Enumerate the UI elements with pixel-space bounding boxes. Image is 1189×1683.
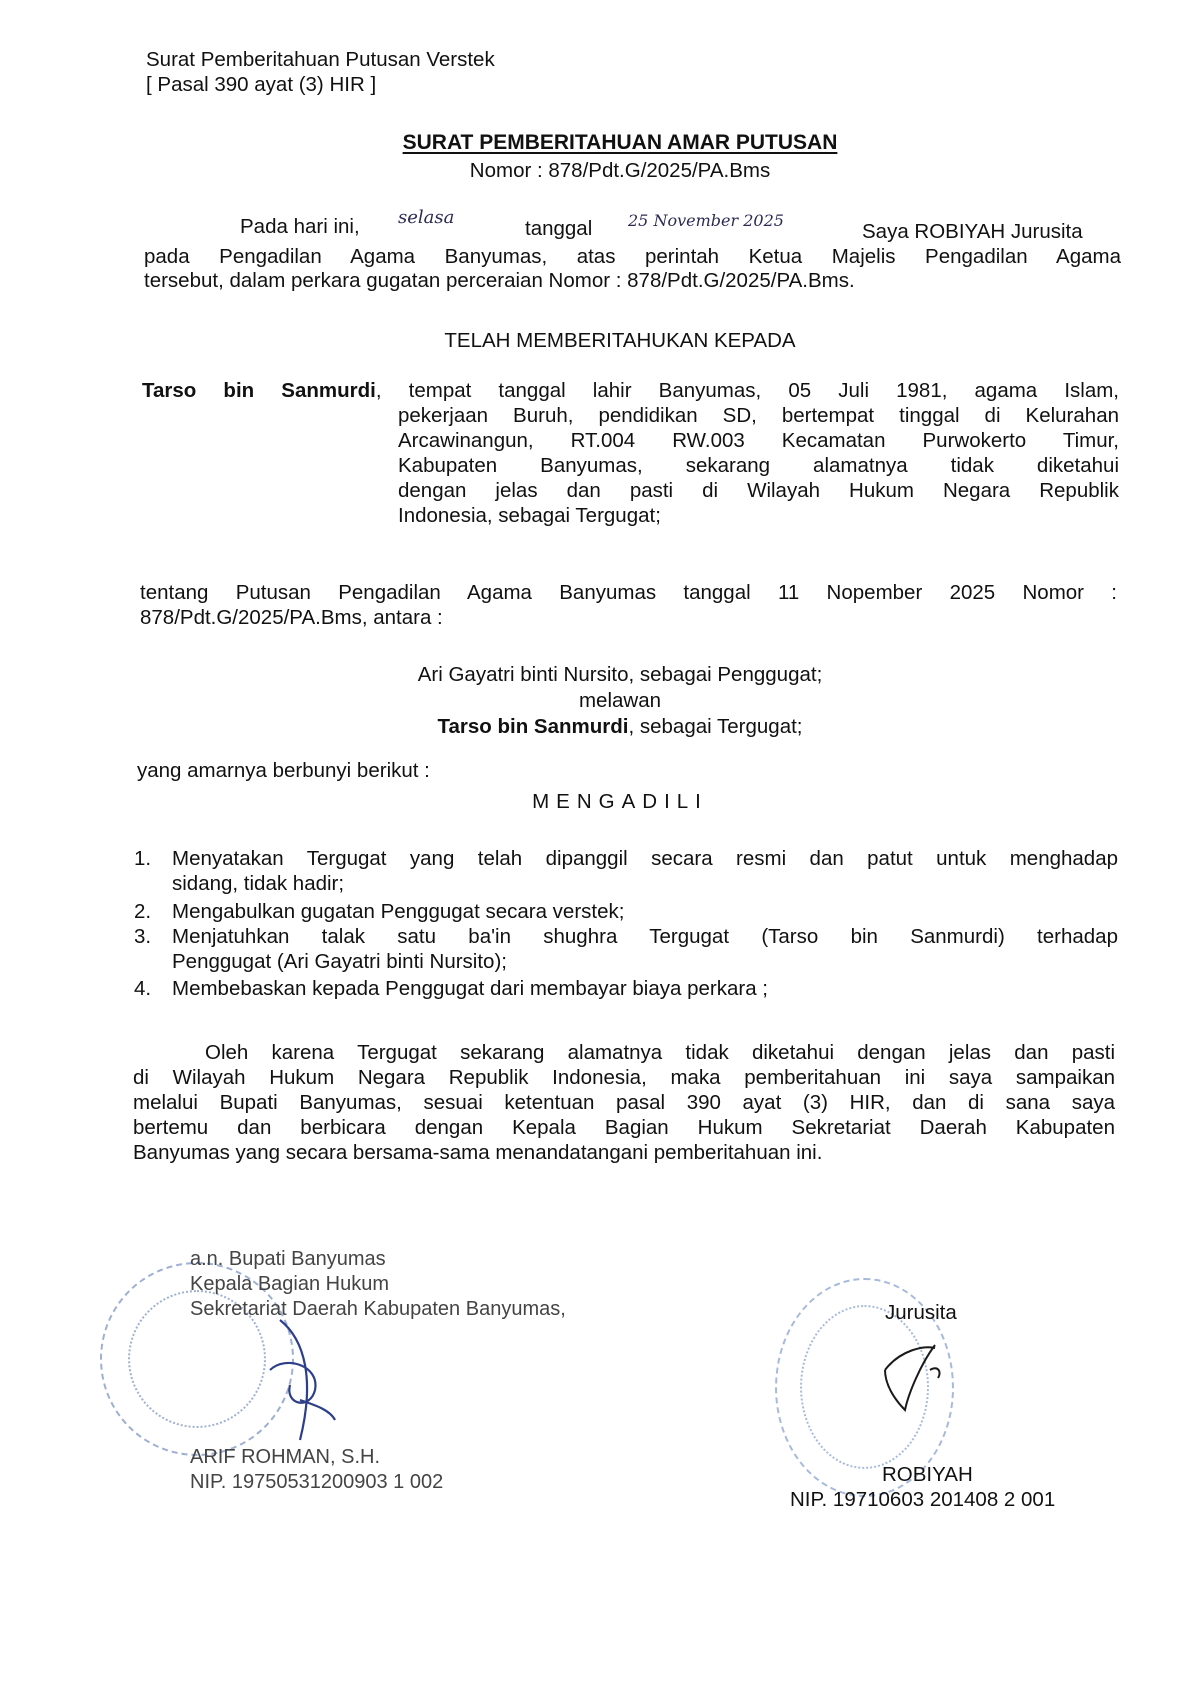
recipient-line: pekerjaan Buruh, pendidikan SD, bertempa… bbox=[398, 403, 1119, 428]
verdict-heading: MENGADILI bbox=[340, 789, 900, 814]
verdict-item: 2. Mengabulkan gugatan Penggugat secara … bbox=[134, 899, 1118, 924]
decision-ref-line2: 878/Pdt.G/2025/PA.Bms, antara : bbox=[140, 605, 443, 630]
closing-line: di Wilayah Hukum Negara Republik Indones… bbox=[133, 1065, 1115, 1090]
right-signer-name: ROBIYAH bbox=[882, 1462, 973, 1487]
handwritten-day: selasa bbox=[398, 207, 454, 228]
left-sig-line1: a.n. Bupati Banyumas bbox=[190, 1247, 386, 1272]
defendant-suffix: , sebagai Tergugat; bbox=[628, 715, 802, 738]
left-sig-line2: Kepala Bagian Hukum bbox=[190, 1272, 389, 1297]
left-signer-nip: NIP. 19750531200903 1 002 bbox=[190, 1470, 443, 1495]
closing-line: Oleh karena Tergugat sekarang alamatnya … bbox=[205, 1040, 1115, 1065]
notify-heading: TELAH MEMBERITAHUKAN KEPADA bbox=[340, 328, 900, 353]
closing-line: Banyumas yang secara bersama-sama menand… bbox=[133, 1140, 822, 1165]
right-signature-icon bbox=[880, 1340, 950, 1420]
verdict-item-number: 1. bbox=[134, 846, 151, 871]
verdict-item-text: Menjatuhkan talak satu ba'in shughra Ter… bbox=[172, 924, 1118, 949]
decision-ref-line1: tentang Putusan Pengadilan Agama Banyuma… bbox=[140, 580, 1117, 605]
defendant-line: Tarso bin Sanmurdi, sebagai Tergugat; bbox=[340, 714, 900, 739]
verdict-item-text: Mengabulkan gugatan Penggugat secara ver… bbox=[172, 899, 1118, 924]
opening-line1-suffix: Saya ROBIYAH Jurusita bbox=[862, 219, 1083, 244]
right-signer-nip: NIP. 19710603 201408 2 001 bbox=[790, 1487, 1055, 1512]
verdict-intro: yang amarnya berbunyi berikut : bbox=[137, 758, 430, 783]
handwritten-date: 25 November 2025 bbox=[628, 211, 784, 230]
right-sig-role: Jurusita bbox=[885, 1300, 957, 1325]
plaintiff-line: Ari Gayatri binti Nursito, sebagai Pengg… bbox=[340, 662, 900, 687]
recipient-line: dengan jelas dan pasti di Wilayah Hukum … bbox=[398, 478, 1119, 503]
verdict-item-text: Membebaskan kepada Penggugat dari membay… bbox=[172, 976, 1118, 1001]
recipient-line: Arcawinangun, RT.004 RW.003 Kecamatan Pu… bbox=[398, 428, 1119, 453]
legal-basis-label: [ Pasal 390 ayat (3) HIR ] bbox=[146, 72, 376, 97]
opening-prefix: Pada hari ini, bbox=[240, 214, 360, 239]
recipient-name: Tarso bin Sanmurdi bbox=[142, 379, 376, 402]
recipient-line: Kabupaten Banyumas, sekarang alamatnya t… bbox=[398, 453, 1119, 478]
opening-line3: tersebut, dalam perkara gugatan percerai… bbox=[144, 268, 855, 293]
closing-line: melalui Bupati Banyumas, sesuai ketentua… bbox=[133, 1090, 1115, 1115]
recipient-line: Indonesia, sebagai Tergugat; bbox=[398, 503, 661, 528]
recipient-line1-rest: , tempat tanggal lahir Banyumas, 05 Juli… bbox=[376, 379, 1119, 402]
verdict-item-text: Penggugat (Ari Gayatri binti Nursito); bbox=[172, 949, 1118, 974]
left-signer-name: ARIF ROHMAN, S.H. bbox=[190, 1445, 380, 1470]
closing-line: bertemu dan berbicara dengan Kepala Bagi… bbox=[133, 1115, 1115, 1140]
verdict-item: 1. Menyatakan Tergugat yang telah dipang… bbox=[134, 846, 1118, 896]
left-sig-line3: Sekretariat Daerah Kabupaten Banyumas, bbox=[190, 1297, 566, 1322]
defendant-name: Tarso bin Sanmurdi bbox=[438, 715, 629, 738]
verdict-item-number: 4. bbox=[134, 976, 151, 1001]
verdict-item: 4. Membebaskan kepada Penggugat dari mem… bbox=[134, 976, 1118, 1001]
verdict-item-number: 2. bbox=[134, 899, 151, 924]
left-signature-icon bbox=[260, 1310, 340, 1450]
verdict-item-number: 3. bbox=[134, 924, 151, 949]
verdict-item: 3. Menjatuhkan talak satu ba'in shughra … bbox=[134, 924, 1118, 974]
recipient-line1: Tarso bin Sanmurdi, tempat tanggal lahir… bbox=[142, 378, 1119, 403]
verdict-item-text: sidang, tidak hadir; bbox=[172, 871, 1118, 896]
document-number: Nomor : 878/Pdt.G/2025/PA.Bms bbox=[340, 158, 900, 183]
document-title: SURAT PEMBERITAHUAN AMAR PUTUSAN bbox=[340, 131, 900, 155]
verdict-item-text: Menyatakan Tergugat yang telah dipanggil… bbox=[172, 846, 1118, 871]
versus-line: melawan bbox=[340, 688, 900, 713]
document-type-label: Surat Pemberitahuan Putusan Verstek bbox=[146, 47, 495, 72]
opening-date-label: tanggal bbox=[525, 216, 592, 241]
opening-line2: pada Pengadilan Agama Banyumas, atas per… bbox=[144, 244, 1121, 269]
